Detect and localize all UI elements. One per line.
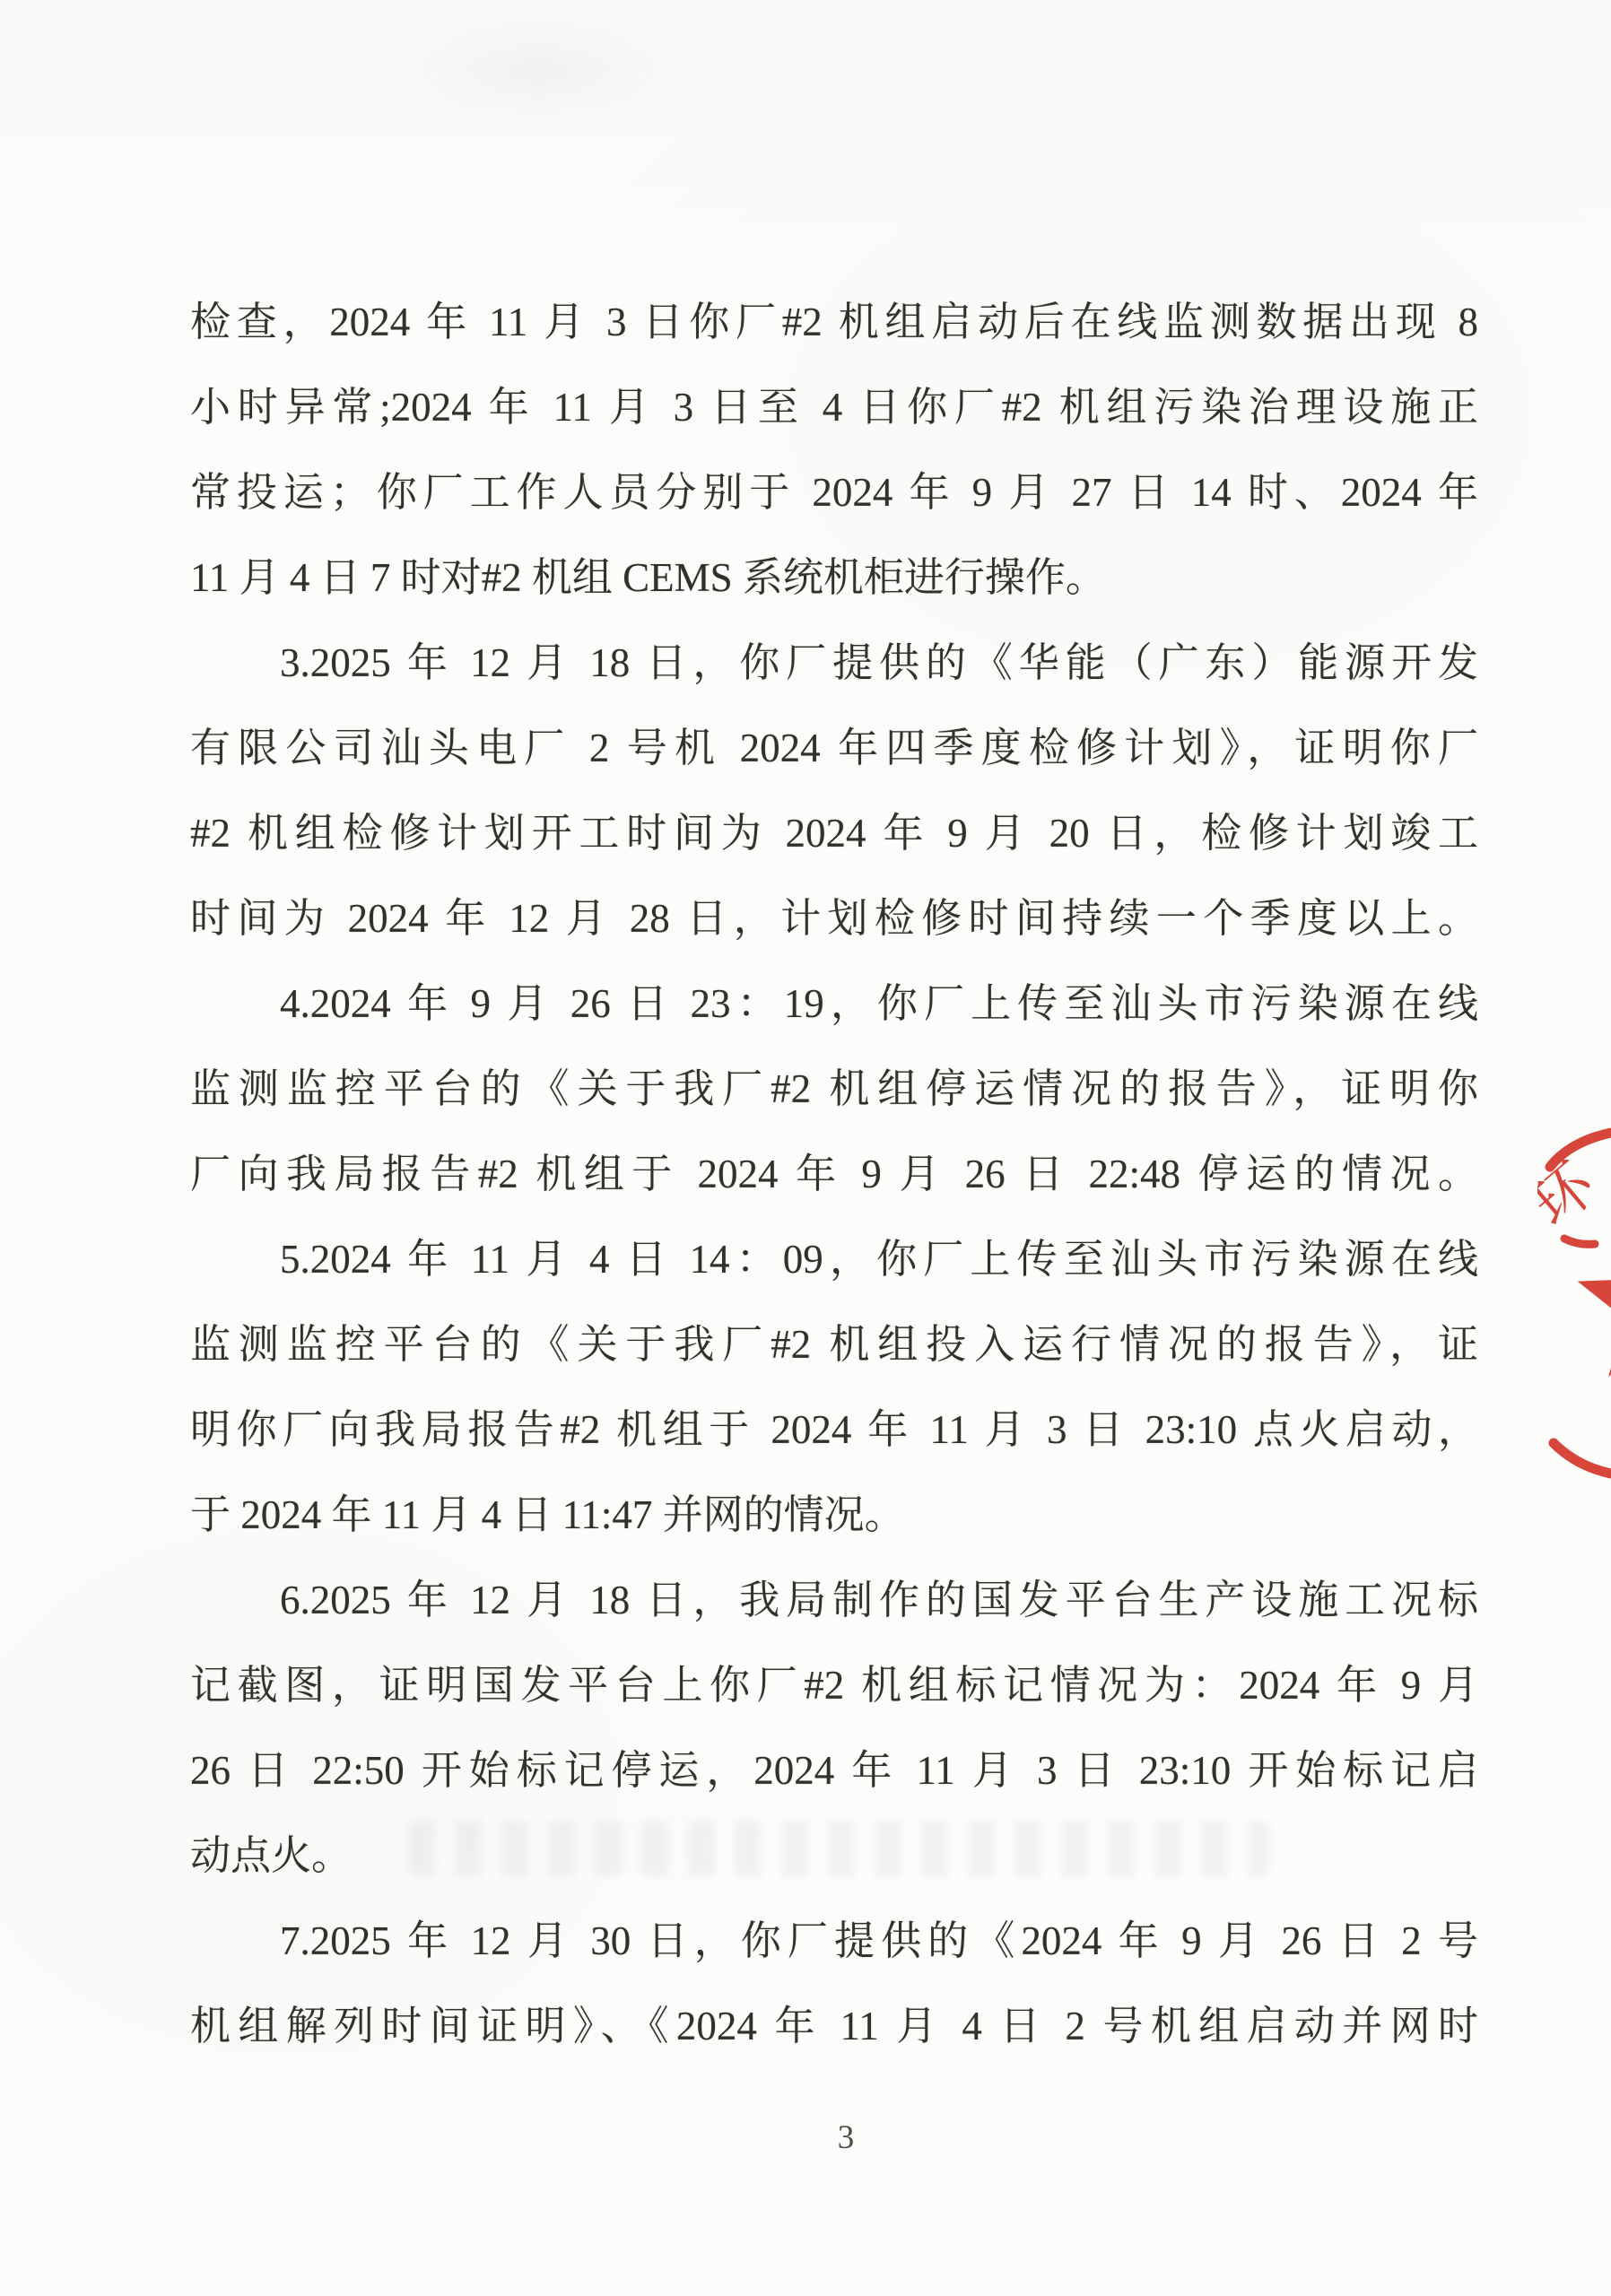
document-body: 检查，2024 年 11 月 3 日你厂#2 机组启动后在线监测数据出现 8小时… <box>190 280 1478 2069</box>
text-line: 小时异常;2024 年 11 月 3 日至 4 日你厂#2 机组污染治理设施正 <box>190 365 1478 450</box>
seal-character-stroke <box>1564 1239 1595 1244</box>
text-line: 动点火。 <box>190 1813 1478 1899</box>
text-line: 26 日 22:50 开始标记停运，2024 年 11 月 3 日 23:10 … <box>190 1728 1478 1813</box>
text-line: 11 月 4 日 7 时对#2 机组 CEMS 系统机柜进行操作。 <box>190 535 1478 621</box>
text-line: 5.2024 年 11 月 4 日 14：09，你厂上传至汕头市污染源在线 <box>190 1217 1478 1302</box>
text-line: 时间为 2024 年 12 月 28 日，计划检修时间持续一个季度以上。 <box>190 876 1478 961</box>
text-line: 机组解列时间证明》、《2024 年 11 月 4 日 2 号机组启动并网时 <box>190 1984 1478 2069</box>
text-line: 记截图，证明国发平台上你厂#2 机组标记情况为：2024 年 9 月 <box>190 1643 1478 1728</box>
text-line: 明你厂向我局报告#2 机组于 2024 年 11 月 3 日 23:10 点火启… <box>190 1387 1478 1473</box>
text-line: 3.2025 年 12 月 18 日，你厂提供的《华能（广东）能源开发 <box>190 621 1478 706</box>
text-line: 4.2024 年 9 月 26 日 23：19，你厂上传至汕头市污染源在线 <box>190 961 1478 1047</box>
seal-ring-bottom-arc <box>1554 1443 1611 1474</box>
official-seal-stamp-fragment: 环 <box>1537 1124 1611 1493</box>
text-line: 7.2025 年 12 月 30 日，你厂提供的《2024 年 9 月 26 日… <box>190 1899 1478 1984</box>
text-line: 6.2025 年 12 月 18 日，我局制作的国发平台生产设施工况标 <box>190 1558 1478 1643</box>
text-line: 厂向我局报告#2 机组于 2024 年 9 月 26 日 22:48 停运的情况… <box>190 1132 1478 1217</box>
scan-smudge-top <box>386 13 691 129</box>
text-line: 检查，2024 年 11 月 3 日你厂#2 机组启动后在线监测数据出现 8 <box>190 280 1478 365</box>
text-line: 常投运；你厂工作人员分别于 2024 年 9 月 27 日 14 时、2024 … <box>190 450 1478 535</box>
text-line: 监测监控平台的《关于我厂#2 机组投入运行情况的报告》，证 <box>190 1302 1478 1387</box>
text-line: 监测监控平台的《关于我厂#2 机组停运情况的报告》，证明你 <box>190 1047 1478 1132</box>
text-line: 于 2024 年 11 月 4 日 11:47 并网的情况。 <box>190 1473 1478 1558</box>
page-number: 3 <box>814 2118 877 2157</box>
text-line: 有限公司汕头电厂 2 号机 2024 年四季度检修计划》，证明你厂 <box>190 706 1478 791</box>
text-line: #2 机组检修计划开工时间为 2024 年 9 月 20 日，检修计划竣工 <box>190 791 1478 876</box>
scanned-page: 检查，2024 年 11 月 3 日你厂#2 机组启动后在线监测数据出现 8小时… <box>0 0 1611 2296</box>
